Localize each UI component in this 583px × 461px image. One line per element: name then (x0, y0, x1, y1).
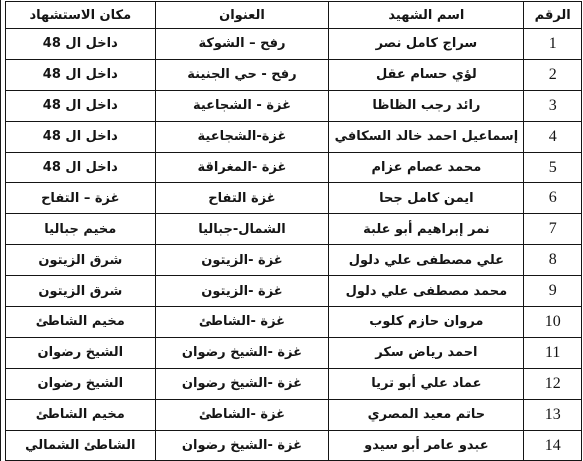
cell-name: محمد مصطفى علي دلول (329, 276, 524, 307)
table-row: 6ايمن كامل جحاغزة التفاحغزة – التفاح (6, 183, 582, 214)
cell-address: غزة -الشاطئ (155, 307, 329, 338)
cell-address: غزة -الزيتون (155, 245, 329, 276)
cell-name: سراج كامل نصر (329, 29, 524, 60)
cell-name: عبدو عامر أبو سيدو (329, 430, 524, 461)
table-row: 9محمد مصطفى علي دلولغزة -الزيتونشرق الزي… (6, 276, 582, 307)
table-row: 10مروان حازم كلوبغزة -الشاطئمخيم الشاطئ (6, 307, 582, 338)
cell-name: علي مصطفى علي دلول (329, 245, 524, 276)
cell-place: داخل ال 48 (6, 152, 156, 183)
cell-number: 8 (524, 245, 582, 276)
header-place: مكان الاستشهاد (6, 2, 156, 29)
table-row: 8علي مصطفى علي دلولغزة -الزيتونشرق الزيت… (6, 245, 582, 276)
cell-address: غزة - الشجاعية (155, 90, 329, 121)
header-number: الرقم (524, 2, 582, 29)
cell-name: مروان حازم كلوب (329, 307, 524, 338)
cell-place: مخيم جباليا (6, 214, 156, 245)
table-row: 7نمر إبراهيم أبو علبةالشمال-جباليامخيم ج… (6, 214, 582, 245)
cell-number: 3 (524, 90, 582, 121)
table-header-row: الرقم اسم الشهيد العنوان مكان الاستشهاد (6, 2, 582, 29)
table-row: 14عبدو عامر أبو سيدوغزة -الشيخ رضوانالشا… (6, 430, 582, 461)
header-name: اسم الشهيد (329, 2, 524, 29)
cell-address: غزة -الزيتون (155, 276, 329, 307)
cell-address: غزة -الشيخ رضوان (155, 368, 329, 399)
cell-address: غزة -المغراقة (155, 152, 329, 183)
table-row: 4إسماعيل احمد خالد السكافيغزة-الشجاعيةدا… (6, 121, 582, 152)
cell-number: 11 (524, 337, 582, 368)
cell-number: 4 (524, 121, 582, 152)
cell-address: رفح - حي الجنينة (155, 59, 329, 90)
cell-place: شرق الزيتون (6, 276, 156, 307)
cell-number: 1 (524, 29, 582, 60)
cell-name: إسماعيل احمد خالد السكافي (329, 121, 524, 152)
cell-number: 9 (524, 276, 582, 307)
table-row: 3رائد رجب الظاظاغزة - الشجاعيةداخل ال 48 (6, 90, 582, 121)
cell-number: 12 (524, 368, 582, 399)
table-row: 12عماد علي أبو ترياغزة -الشيخ رضوانالشيخ… (6, 368, 582, 399)
cell-name: ايمن كامل جحا (329, 183, 524, 214)
cell-address: غزة -الشيخ رضوان (155, 337, 329, 368)
table-row: 5محمد عصام عزامغزة -المغراقةداخل ال 48 (6, 152, 582, 183)
cell-number: 6 (524, 183, 582, 214)
cell-place: الشيخ رضوان (6, 337, 156, 368)
cell-name: لؤي حسام عقل (329, 59, 524, 90)
cell-address: غزة التفاح (155, 183, 329, 214)
cell-place: الشاطئ الشمالي (6, 430, 156, 461)
cell-place: مخيم الشاطئ (6, 399, 156, 430)
cell-address: غزة -الشيخ رضوان (155, 430, 329, 461)
cell-name: محمد عصام عزام (329, 152, 524, 183)
cell-place: شرق الزيتون (6, 245, 156, 276)
cell-place: مخيم الشاطئ (6, 307, 156, 338)
table-body: 1سراج كامل نصررفح – الشوكةداخل ال 482لؤي… (6, 29, 582, 461)
table-row: 1سراج كامل نصررفح – الشوكةداخل ال 48 (6, 29, 582, 60)
cell-number: 14 (524, 430, 582, 461)
martyrs-table: الرقم اسم الشهيد العنوان مكان الاستشهاد … (5, 1, 582, 461)
cell-name: رائد رجب الظاظا (329, 90, 524, 121)
header-address: العنوان (155, 2, 329, 29)
cell-place: الشيخ رضوان (6, 368, 156, 399)
cell-name: عماد علي أبو تريا (329, 368, 524, 399)
cell-number: 2 (524, 59, 582, 90)
cell-name: نمر إبراهيم أبو علبة (329, 214, 524, 245)
cell-place: داخل ال 48 (6, 121, 156, 152)
cell-address: الشمال-جباليا (155, 214, 329, 245)
cell-number: 7 (524, 214, 582, 245)
cell-place: داخل ال 48 (6, 29, 156, 60)
cell-place: داخل ال 48 (6, 59, 156, 90)
cell-address: غزة -الشاطئ (155, 399, 329, 430)
table-row: 2لؤي حسام عقلرفح - حي الجنينةداخل ال 48 (6, 59, 582, 90)
table-row: 11احمد رياض سكرغزة -الشيخ رضوانالشيخ رضو… (6, 337, 582, 368)
cell-number: 13 (524, 399, 582, 430)
cell-place: غزة – التفاح (6, 183, 156, 214)
table-row: 13حاتم معيد المصريغزة -الشاطئمخيم الشاطئ (6, 399, 582, 430)
cell-place: داخل ال 48 (6, 90, 156, 121)
cell-name: حاتم معيد المصري (329, 399, 524, 430)
scanned-document-page: الرقم اسم الشهيد العنوان مكان الاستشهاد … (0, 0, 583, 461)
cell-number: 5 (524, 152, 582, 183)
cell-number: 10 (524, 307, 582, 338)
cell-address: غزة-الشجاعية (155, 121, 329, 152)
cell-address: رفح – الشوكة (155, 29, 329, 60)
cell-name: احمد رياض سكر (329, 337, 524, 368)
